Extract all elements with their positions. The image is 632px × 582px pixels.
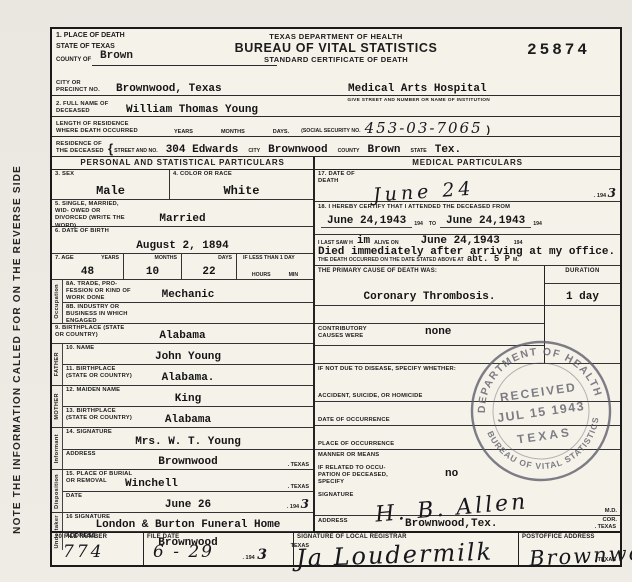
contributory-label: CONTRIBUTORY CAUSES WERE	[318, 326, 378, 340]
physician-address-state: . TEXAS	[595, 524, 616, 530]
file-date-label: FILE DATE	[147, 534, 290, 542]
if-not-disease-row: IF NOT DUE TO DISEASE, SPECIFY WHETHER:	[315, 364, 620, 379]
file-date-year-hand: 3	[257, 547, 267, 563]
md-label: M.D.	[605, 508, 617, 514]
age-days-value: 22	[182, 266, 236, 278]
race-label: 4. COLOR OR RACE	[173, 171, 233, 178]
age-less-cell: IF LESS THAN 1 DAY HOURS MIN	[237, 254, 313, 279]
physician-signature-row: SIGNATURE H. B. Allen M.D.	[315, 490, 620, 516]
title-department: TEXAS DEPARTMENT OF HEALTH	[212, 32, 460, 41]
mother-birthplace-value: Alabama	[63, 414, 313, 426]
res-county-label: COUNTY	[338, 149, 360, 156]
physician-signature-label: SIGNATURE	[318, 492, 354, 499]
birthdate-value: August 2, 1894	[52, 240, 313, 252]
age-days-label: DAYS	[218, 255, 232, 261]
birthplace-row: 9. BIRTHPLACE (STATE OR COUNTRY) Alabama	[52, 324, 313, 344]
father-name-row: 10. NAME John Young	[63, 344, 313, 365]
residence-length-label: LENGTH OF RESIDENCE WHERE DEATH OCCURRED	[56, 121, 148, 136]
attended-to-label: TO	[429, 221, 436, 227]
certificate-number: 25874	[527, 41, 590, 59]
medical-column: 17. DATE OF DEATH June 24 . 194 3 18. I …	[315, 170, 620, 531]
title-standard: STANDARD CERTIFICATE OF DEATH	[212, 55, 460, 64]
informant-signature-value: Mrs. W. T. Young	[63, 436, 313, 448]
father-birthplace-value: Alabama.	[63, 372, 313, 384]
res-county-value: Brown	[359, 144, 410, 156]
disposition-group: Disposition 15. PLACE OF BURIAL OR REMOV…	[52, 470, 313, 513]
date-occurrence-row: DATE OF OCCURRENCE	[315, 402, 620, 426]
age-months-value: 10	[124, 266, 181, 278]
form-header: 1. PLACE OF DEATH STATE OF TEXAS COUNTY …	[52, 29, 620, 73]
attended-from-date: June 24,1943	[321, 215, 412, 228]
mother-strip-label: MOTHER	[54, 393, 60, 420]
postoffice-label: POSTOFFICE ADDRESS	[522, 534, 617, 542]
father-strip-label: FATHER	[54, 352, 60, 376]
duration-value: 1 day	[545, 291, 620, 303]
race-value: White	[170, 184, 313, 198]
institution-value: Medical Arts Hospital	[318, 83, 616, 95]
place-of-death-label: 1. PLACE OF DEATH	[56, 32, 125, 39]
section-headers: PERSONAL AND STATISTICAL PARTICULARS MED…	[52, 157, 620, 170]
city-value: Brownwood	[260, 144, 337, 156]
physician-address-label: ADDRESS	[318, 518, 348, 525]
birthdate-label: 6. DATE OF BIRTH	[55, 228, 125, 235]
age-days-cell: DAYS 22	[182, 254, 237, 279]
informant-signature-row: 14. SIGNATURE Mrs. W. T. Young	[63, 428, 313, 450]
occupation-strip: Occupation	[52, 280, 63, 324]
mother-strip: MOTHER	[52, 386, 63, 428]
trade-value: Mechanic	[63, 289, 313, 301]
age-months-cell: MONTHS 10	[124, 254, 182, 279]
marital-value: Married	[52, 213, 313, 225]
mother-birthplace-row: 13. BIRTHPLACE (STATE OR COUNTRY) Alabam…	[63, 407, 313, 428]
age-row: 7. AGE YEARS 48 MONTHS 10 DAYS 22 IF LES…	[52, 254, 313, 280]
manner-label: MANNER OR MEANS	[318, 452, 379, 459]
fullname-label: 2. FULL NAME OF DECEASED	[56, 101, 114, 116]
certificate-form: 1. PLACE OF DEATH STATE OF TEXAS COUNTY …	[50, 27, 622, 567]
months-label: MONTHS	[195, 129, 247, 136]
city-label: CITY	[248, 149, 260, 156]
age-months-label: MONTHS	[155, 255, 177, 261]
father-name-value: John Young	[63, 351, 313, 363]
informant-address-value: Brownwood	[63, 456, 313, 468]
occurred-fill: abt. 5 P	[467, 255, 510, 264]
date-of-death-row: 17. DATE OF DEATH June 24 . 194 3	[315, 170, 620, 202]
street-value: 304 Edwards	[158, 144, 249, 156]
residence-length-row: LENGTH OF RESIDENCE WHERE DEATH OCCURRED…	[52, 117, 620, 137]
file-date-cell: FILE DATE 6 - 29 . 194 3	[144, 533, 294, 565]
state-of-texas-label: STATE OF TEXAS	[56, 43, 115, 50]
father-strip: FATHER	[52, 344, 63, 386]
occupation-related-row: IF RELATED TO OCCU- PATION OF DECEASED, …	[315, 464, 620, 490]
occupation-related-label: IF RELATED TO OCCU- PATION OF DECEASED, …	[318, 465, 406, 487]
undertaker-signature-row: 16 SIGNATURE London & Burton Funeral Hom…	[63, 513, 313, 532]
mother-name-row: 12. MAIDEN NAME King	[63, 386, 313, 407]
precinct-label: CITY OR PRECINCT NO.	[56, 80, 108, 95]
county-underline	[92, 65, 277, 66]
certify-label: 18. I HEREBY CERTIFY THAT I ATTENDED THE…	[315, 202, 620, 211]
contributory-value: none	[425, 326, 451, 338]
informant-strip-label: Informant	[54, 434, 60, 463]
contributory-cell: CONTRIBUTORY CAUSES WERE none	[315, 324, 544, 346]
ssn-label: (SOCIAL SECURITY NO.	[291, 129, 362, 136]
registrar-signature-cell: SIGNATURE OF LOCAL REGISTRAR Ja Loudermi…	[294, 533, 519, 565]
file-date-value: 6 - 29	[153, 542, 290, 562]
cause-blank-cell-1	[315, 306, 544, 324]
primary-cause-value: Coronary Thrombosis.	[315, 291, 544, 303]
fullname-value: William Thomas Young	[114, 104, 258, 116]
duration-header-cell: DURATION	[544, 266, 620, 284]
duration-value-cell: 1 day	[544, 284, 620, 306]
marital-row: 5. SINGLE, MARRIED, WID- OWED OR DIVORCE…	[52, 200, 313, 227]
residence-row: RESIDENCE OF THE DECEASED { STREET AND N…	[52, 137, 620, 157]
manner-row: MANNER OR MEANS	[315, 450, 620, 464]
days-label: DAYS.	[247, 129, 291, 136]
father-group: FATHER 10. NAME John Young 11. BIRTHPLAC…	[52, 344, 313, 386]
file-number-cell: 20 FILE NUMBER 774	[52, 533, 144, 565]
margin-note: NOTE THE INFORMATION CALLED FOR ON THE R…	[6, 118, 28, 580]
agency-title: TEXAS DEPARTMENT OF HEALTH BUREAU OF VIT…	[212, 32, 460, 64]
ssn-paren: )	[487, 125, 490, 136]
county-value: Brown	[100, 50, 133, 62]
sex-label: 3. SEX	[55, 171, 115, 178]
residence-brace: {	[108, 141, 113, 156]
occupation-related-value: no	[445, 468, 458, 480]
occupation-strip-label: Occupation	[54, 284, 60, 319]
burial-date-year-hand: 3	[301, 497, 309, 511]
file-date-year: . 194 3	[242, 547, 267, 563]
trade-row: 8A. TRADE, PRO- FESSION OR KIND OF WORK …	[63, 280, 313, 303]
industry-label: 8B. INDUSTRY OR BUSINESS IN WHICH ENGAGE…	[66, 304, 136, 326]
informant-address-row: ADDRESS Brownwood . TEXAS	[63, 450, 313, 470]
personal-section-header: PERSONAL AND STATISTICAL PARTICULARS	[52, 157, 315, 169]
disposition-strip-label: Disposition	[54, 474, 60, 509]
cause-blank-cell-2	[315, 346, 544, 364]
fullname-row: 2. FULL NAME OF DECEASED William Thomas …	[52, 96, 620, 117]
sex-value: Male	[52, 184, 169, 198]
informant-group: Informant 14. SIGNATURE Mrs. W. T. Young…	[52, 428, 313, 470]
birthdate-row: 6. DATE OF BIRTH August 2, 1894	[52, 227, 313, 254]
age-min-label: MIN	[289, 272, 299, 278]
registrar-signature-script: Ja Loudermilk	[296, 538, 494, 573]
margin-note-text: NOTE THE INFORMATION CALLED FOR ON THE R…	[12, 165, 23, 534]
precinct-value: Brownwood, Texas	[108, 83, 278, 95]
attended-to-year: 194	[533, 221, 542, 227]
street-label: STREET AND NO.	[114, 149, 158, 156]
place-occurrence-label: PLACE OF OCCURRENCE	[318, 441, 394, 448]
burial-date-value: June 26	[63, 499, 313, 511]
father-birthplace-row: 11. BIRTHPLACE (STATE OR COUNTRY) Alabam…	[63, 365, 313, 386]
sex-race-row: 3. SEX Male 4. COLOR OR RACE White	[52, 170, 313, 200]
years-label: YEARS	[148, 129, 195, 136]
age-hours-label: HOURS	[252, 272, 271, 278]
accident-row: ACCIDENT, SUICIDE, OR HOMICIDE	[315, 379, 620, 402]
age-label: 7. AGE	[55, 255, 74, 261]
file-number-value: 774	[63, 542, 140, 562]
occupation-group: Occupation 8A. TRADE, PRO- FESSION OR KI…	[52, 280, 313, 324]
burial-state: . TEXAS	[288, 484, 309, 490]
residence-label: RESIDENCE OF THE DECEASED	[56, 141, 108, 156]
date-of-death-label: 17. DATE OF DEATH	[318, 171, 364, 185]
burial-value: Winchell	[63, 478, 313, 490]
file-number-label: 20 FILE NUMBER	[55, 534, 140, 542]
mother-name-value: King	[63, 393, 313, 405]
date-of-death-year-hand: 3	[608, 186, 616, 200]
undertaker-signature-value: London & Burton Funeral Home	[63, 519, 313, 531]
state-value: Tex.	[427, 144, 471, 156]
disposition-strip: Disposition	[52, 470, 63, 513]
attended-to-date: June 24,1943	[440, 215, 531, 228]
postoffice-script: Brownwood	[528, 539, 632, 571]
date-occurrence-label: DATE OF OCCURRENCE	[318, 417, 390, 424]
birthplace-value: Alabama	[52, 330, 313, 342]
file-date-year-printed: . 194	[242, 555, 254, 561]
if-not-disease-label: IF NOT DUE TO DISEASE, SPECIFY WHETHER:	[318, 366, 456, 373]
columns: 3. SEX Male 4. COLOR OR RACE White 5. SI…	[52, 170, 620, 531]
last-saw-block: I LAST SAW H im ALIVE ON June 24,1943 19…	[315, 235, 620, 266]
title-bureau: BUREAU OF VITAL STATISTICS	[212, 41, 460, 55]
age-years-cell: 7. AGE YEARS 48	[52, 254, 124, 279]
medical-section-header: MEDICAL PARTICULARS	[315, 157, 620, 169]
personal-column: 3. SEX Male 4. COLOR OR RACE White 5. SI…	[52, 170, 315, 531]
age-years-label: YEARS	[101, 255, 119, 261]
primary-cause-header-cell: THE PRIMARY CAUSE OF DEATH WAS:	[315, 266, 544, 284]
cause-of-death-table: THE PRIMARY CAUSE OF DEATH WAS: DURATION…	[315, 266, 620, 364]
date-of-death-year-printed: . 194	[594, 193, 606, 199]
ssn-value: 453-03-7065	[365, 119, 483, 137]
death-certificate-scan: NOTE THE INFORMATION CALLED FOR ON THE R…	[0, 0, 632, 582]
occurred-post: M.	[513, 257, 519, 263]
informant-strip: Informant	[52, 428, 63, 470]
race-cell: 4. COLOR OR RACE White	[170, 170, 313, 199]
sex-cell: 3. SEX Male	[52, 170, 170, 199]
burial-date-year: . 194 3	[287, 497, 309, 511]
accident-label: ACCIDENT, SUICIDE, OR HOMICIDE	[318, 393, 423, 400]
state-label: STATE	[410, 149, 426, 156]
certify-row: 18. I HEREBY CERTIFY THAT I ATTENDED THE…	[315, 202, 620, 235]
age-less-label: IF LESS THAN 1 DAY	[243, 255, 295, 261]
registrar-band: 20 FILE NUMBER 774 FILE DATE 6 - 29 . 19…	[52, 531, 620, 565]
county-of-label: COUNTY OF	[56, 57, 91, 63]
postoffice-cell: POSTOFFICE ADDRESS Brownwood . TEXAS	[519, 533, 620, 565]
precinct-row: CITY OR PRECINCT NO. Brownwood, Texas Me…	[52, 73, 620, 96]
burial-date-year-printed: . 194	[287, 504, 299, 510]
industry-row: 8B. INDUSTRY OR BUSINESS IN WHICH ENGAGE…	[63, 303, 313, 324]
attended-from-year: 194	[414, 221, 423, 227]
age-years-value: 48	[52, 266, 123, 278]
cor-label: COR.	[603, 517, 618, 523]
mother-group: MOTHER 12. MAIDEN NAME King 13. BIRTHPLA…	[52, 386, 313, 428]
duration-label: DURATION	[545, 266, 620, 274]
duration-blank-cell-2	[544, 324, 620, 346]
burial-row: 15. PLACE OF BURIAL OR REMOVAL Winchell …	[63, 470, 313, 492]
occurred-pre: THE DEATH OCCURRED ON THE DATE STATED AB…	[318, 257, 464, 263]
duration-blank-cell-3	[544, 346, 620, 364]
date-of-death-year: . 194 3	[594, 186, 616, 200]
duration-blank-cell-1	[544, 306, 620, 324]
primary-cause-value-cell: Coronary Thrombosis.	[315, 284, 544, 306]
place-occurrence-row: PLACE OF OCCURRENCE	[315, 426, 620, 450]
burial-date-row: DATE June 26 . 194 3	[63, 492, 313, 513]
primary-cause-label: THE PRIMARY CAUSE OF DEATH WAS:	[315, 266, 544, 274]
informant-address-state: . TEXAS	[288, 462, 309, 468]
